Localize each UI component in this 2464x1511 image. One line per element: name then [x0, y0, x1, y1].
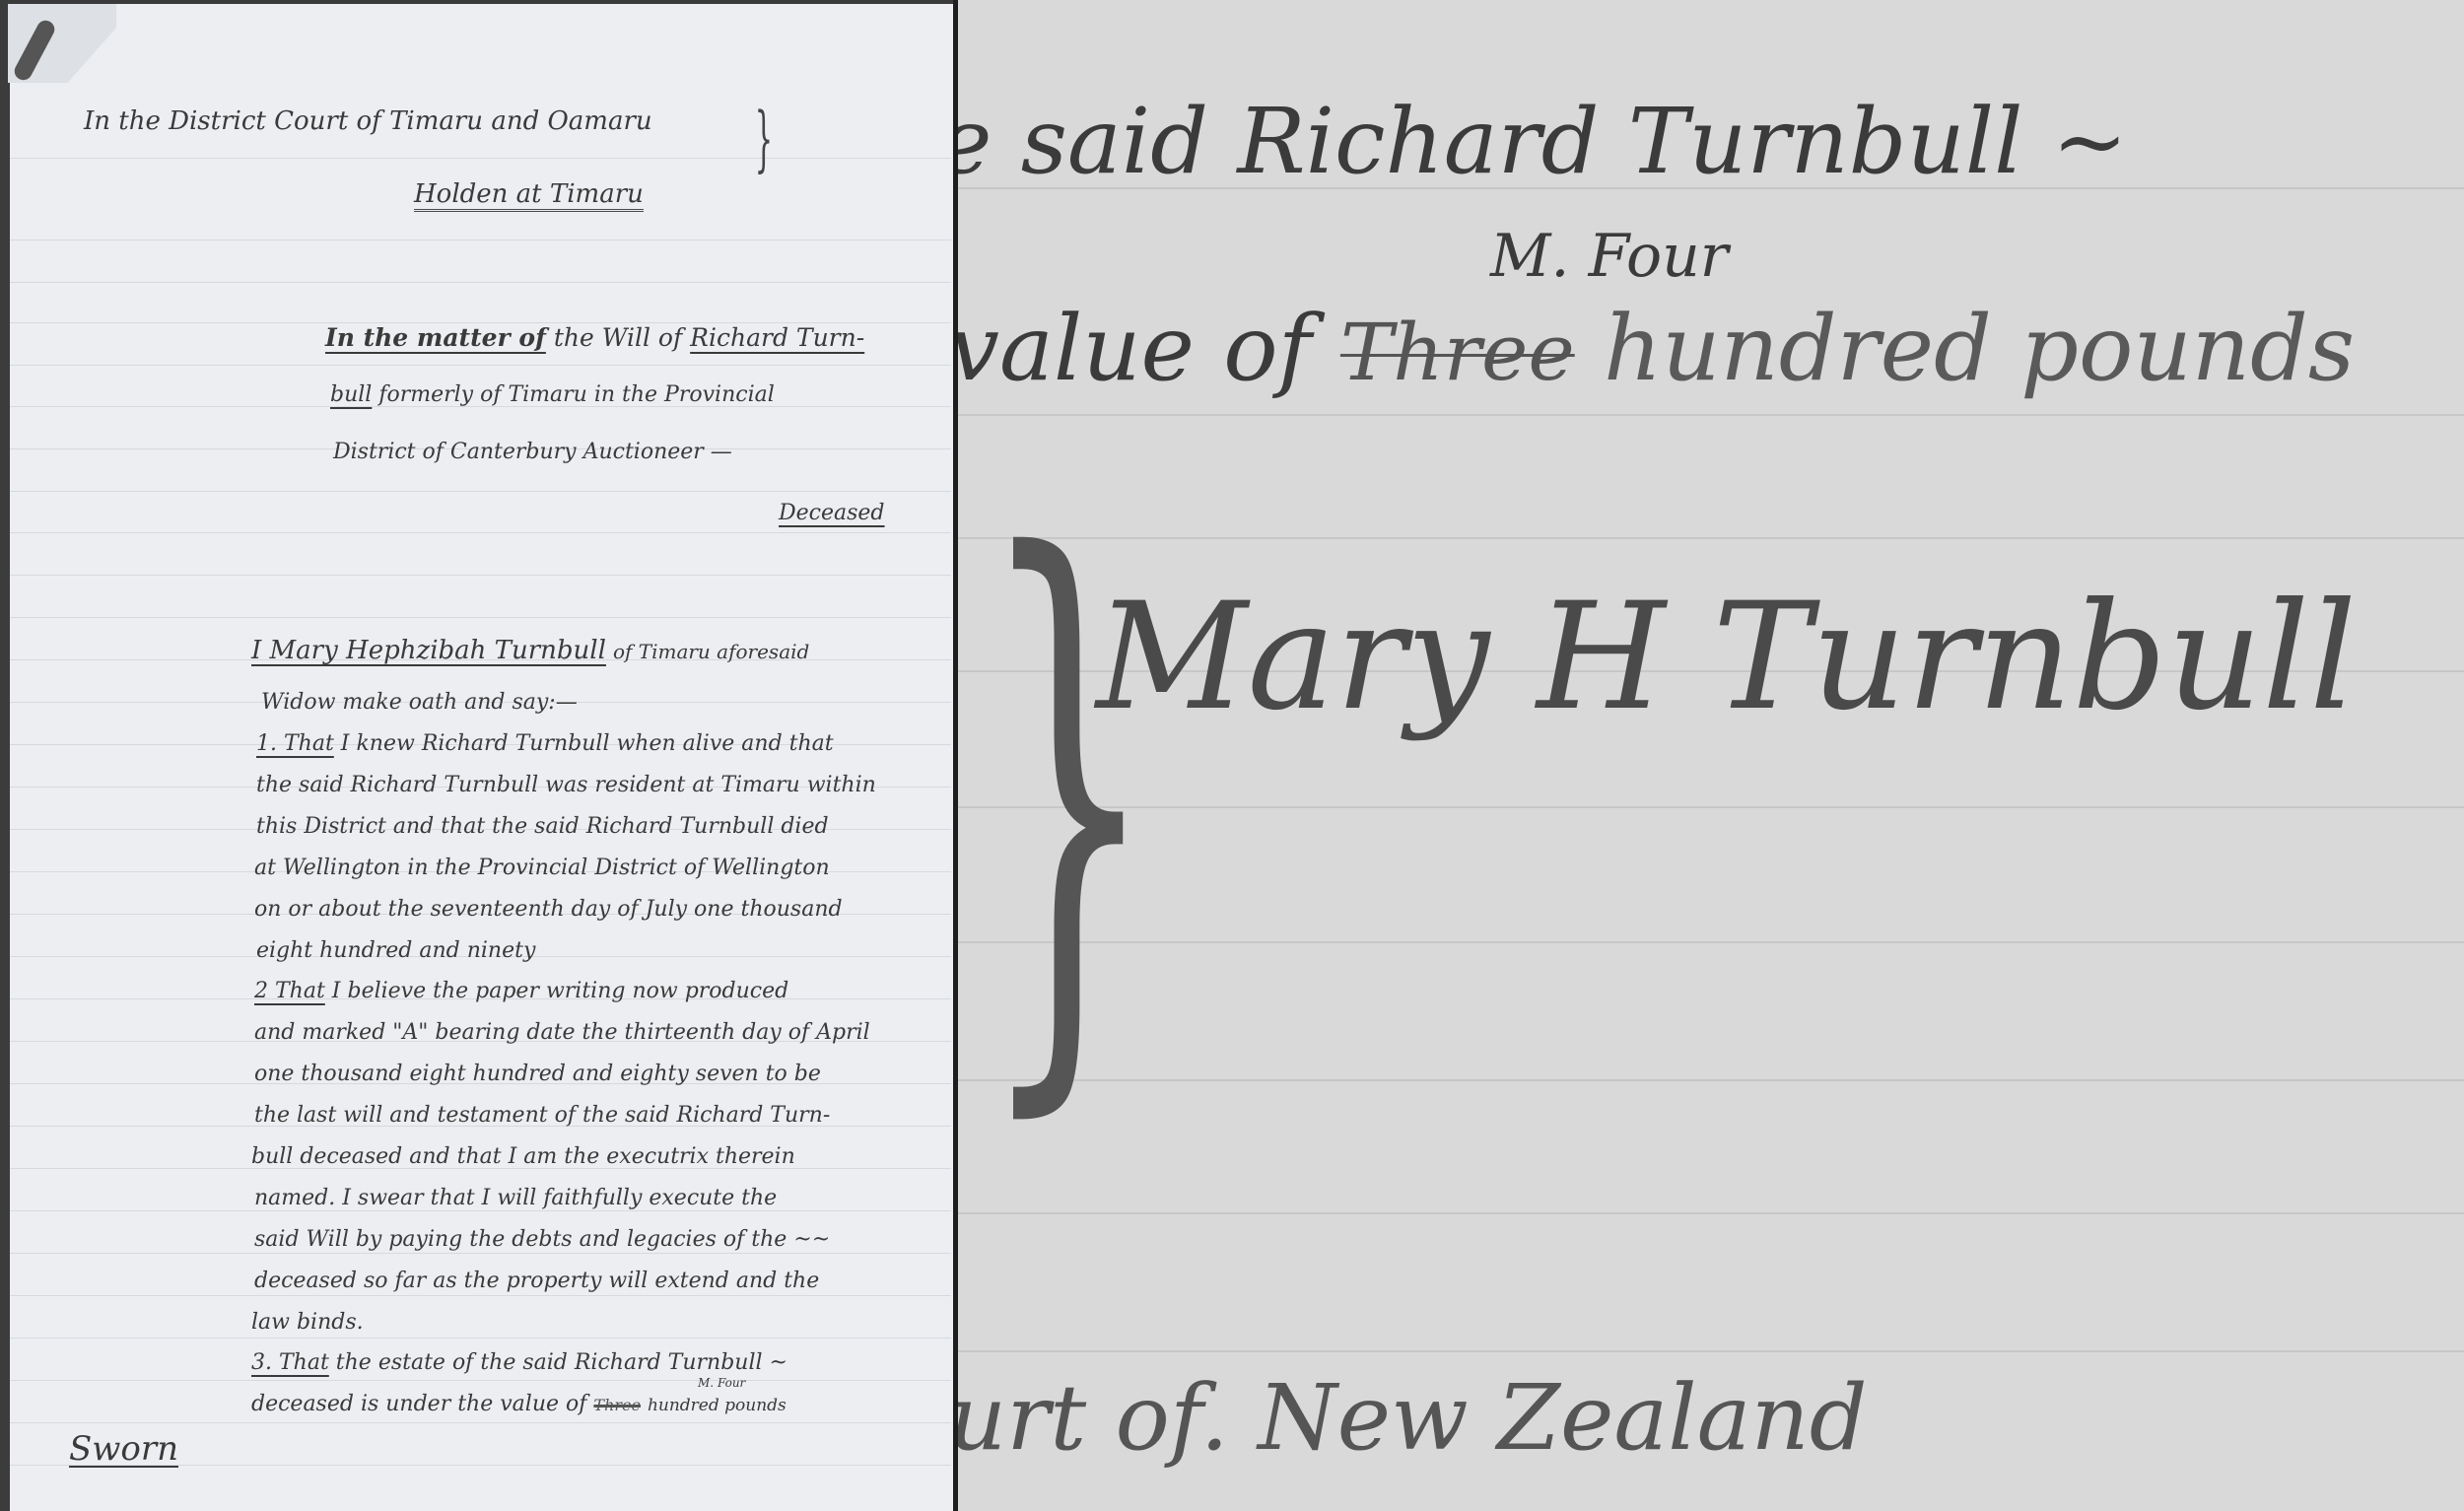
ruled-line [958, 941, 2464, 943]
ruled-line [958, 1079, 2464, 1081]
detail-line-2-end: hundred pounds [1604, 296, 2355, 401]
jurat-block [0, 0, 953, 1511]
ruled-line [958, 414, 2464, 416]
detail-signature: Mary H Turnbull [1096, 572, 2357, 743]
detail-inserted-initials: M. [1490, 222, 1570, 291]
document-detail-zoom: e said Richard Turnbull ~ M. Four value … [958, 0, 2464, 1511]
detail-struck-word: Three [1340, 307, 1575, 398]
ruled-line [958, 1212, 2464, 1214]
ruled-line [958, 1350, 2464, 1352]
detail-inserted-word: Four [1589, 222, 1729, 291]
detail-line-2-start: value of [958, 296, 1312, 401]
ruled-line [958, 537, 2464, 539]
detail-line-1: e said Richard Turnbull ~ [958, 89, 2128, 194]
ruled-line [958, 806, 2464, 808]
detail-bottom-line: urt of. New Zealand [958, 1365, 1868, 1471]
